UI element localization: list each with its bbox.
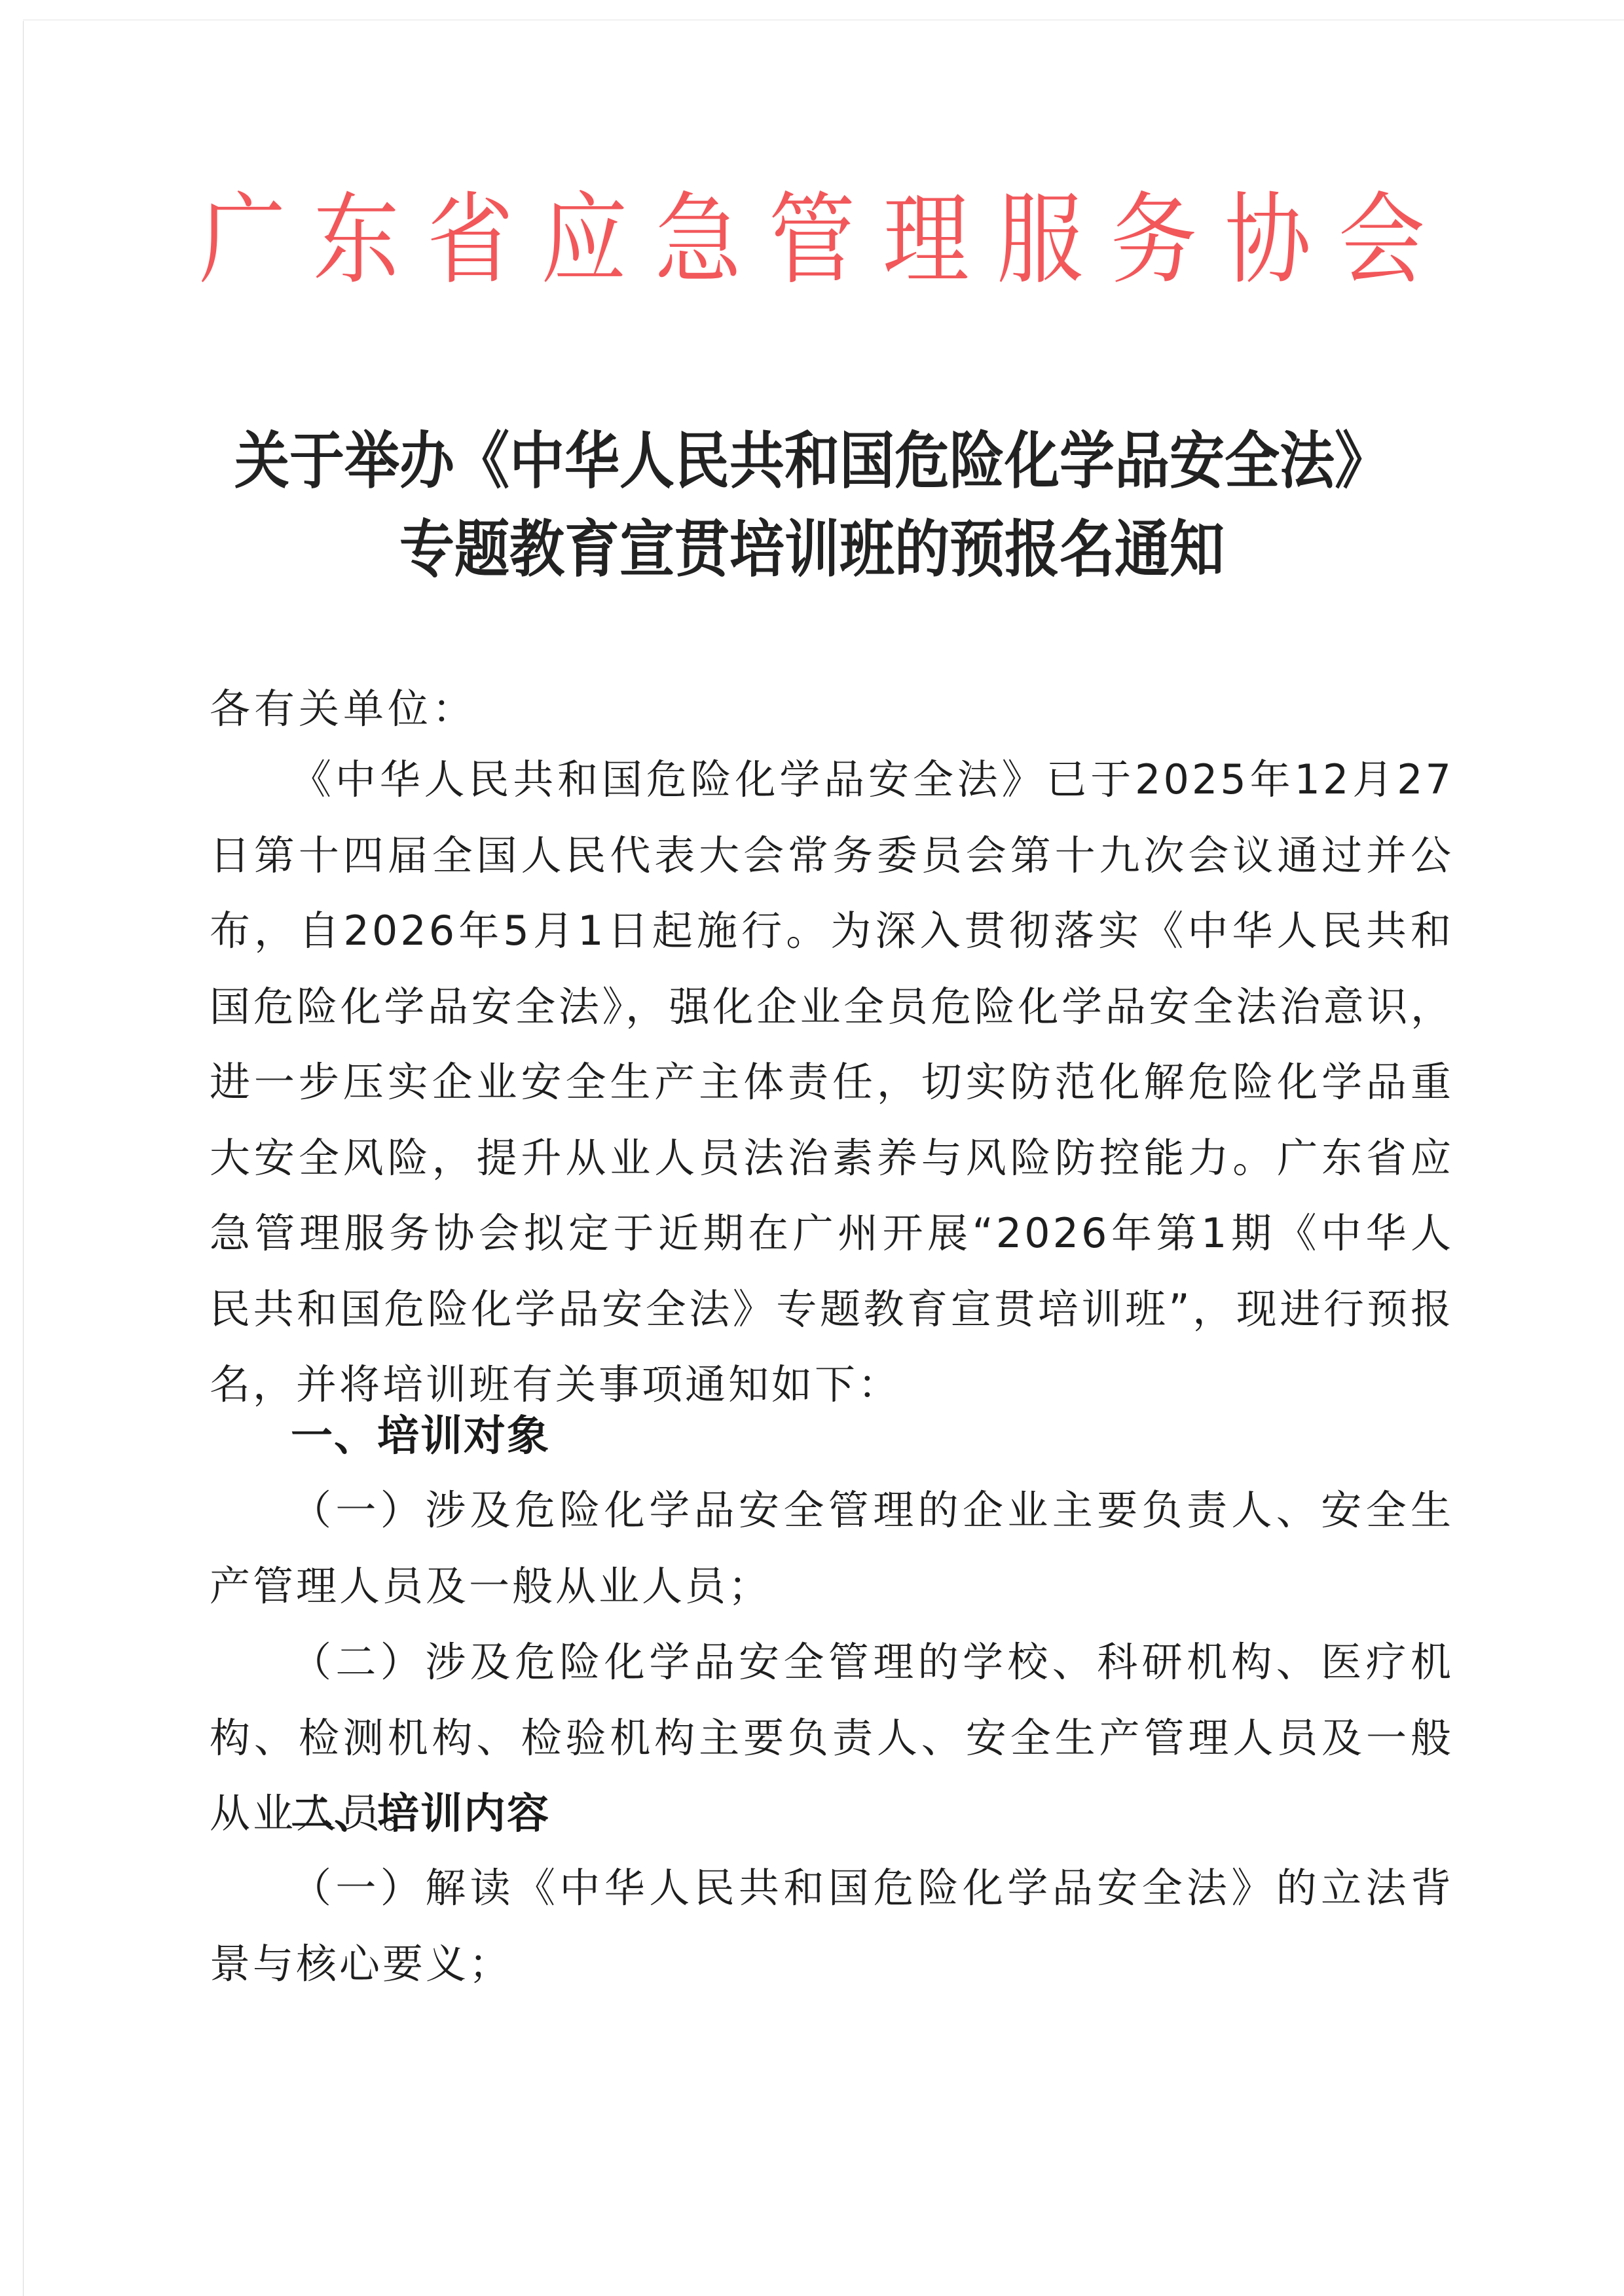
section-heading-training-targets: 一、培训对象 (291, 1399, 550, 1474)
section-item: （一）涉及危险化学品安全管理的企业主要负责人、安全生产管理人员及一般从业人员； (210, 1472, 1454, 1624)
section-heading-training-content: 二、培训内容 (291, 1777, 550, 1852)
salutation: 各有关单位： (210, 671, 477, 746)
intro-paragraph: 《中华人民共和国危险化学品安全法》已于2025年12月27日第十四届全国人民代表… (210, 742, 1454, 1423)
scan-edge-top (23, 20, 1624, 20)
document-title-line-2: 专题教育宣贯培训班的预报名通知 (0, 513, 1624, 586)
organization-letterhead: 广东省应急管理服务协会 (0, 180, 1624, 301)
scan-edge-left (23, 21, 24, 2296)
document-title-line-1: 关于举办《中华人民共和国危险化学品安全法》 (0, 424, 1624, 498)
section-item: （一）解读《中华人民共和国危险化学品安全法》的立法背景与核心要义； (210, 1850, 1454, 2001)
